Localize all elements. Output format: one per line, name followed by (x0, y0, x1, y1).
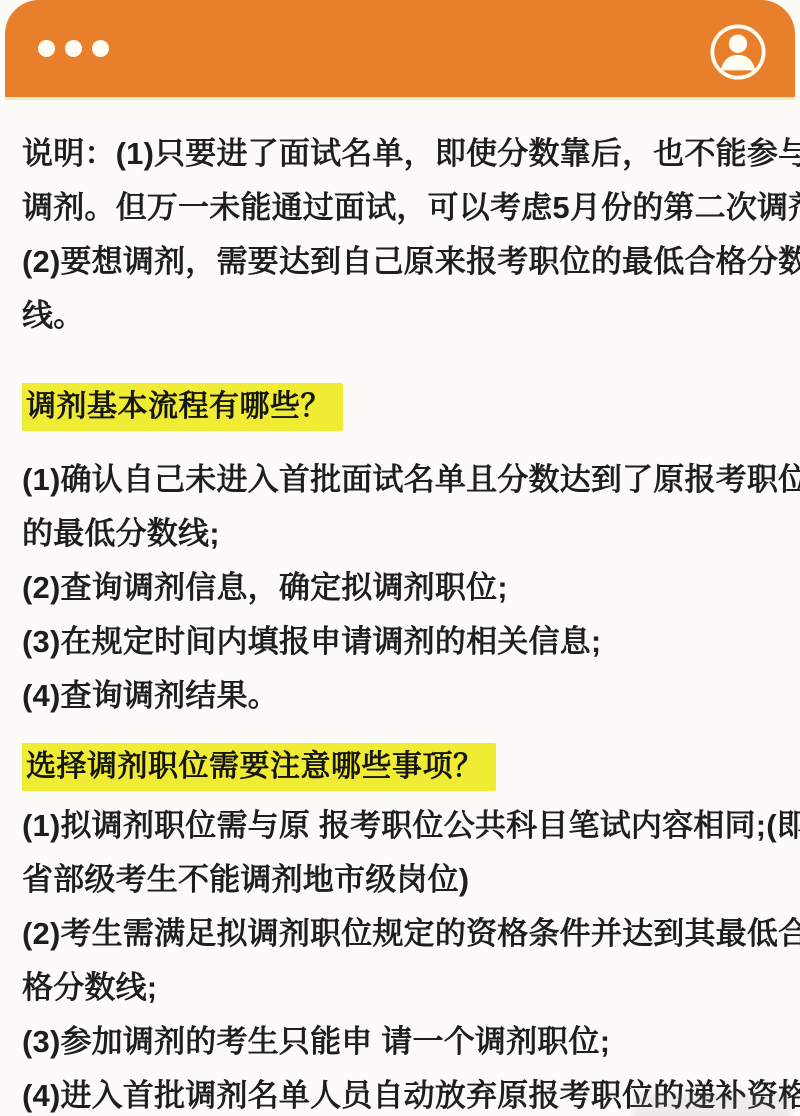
article-content: 说明：(1)只要进了面试名单，即使分数靠后，也不能参与 调剂。但万一未能通过面试… (0, 97, 800, 1116)
section-heading-notes: 选择调剂职位需要注意哪些事项？ (22, 743, 778, 791)
list-item-line: (2)考生需满足拟调剂职位规定的资格条件并达到其最低合 (22, 907, 778, 961)
menu-dots-button[interactable] (38, 40, 109, 57)
text-line: 调剂。但万一未能通过面试，可以考虑5月份的第二次调剂。 (22, 181, 778, 235)
text-line: 说明：(1)只要进了面试名单，即使分数靠后，也不能参与 (22, 127, 778, 181)
intro-paragraph: 说明：(1)只要进了面试名单，即使分数靠后，也不能参与 调剂。但万一未能通过面试… (22, 127, 778, 343)
avatar-button[interactable] (709, 23, 767, 81)
user-avatar-icon (709, 23, 767, 81)
app-header (5, 0, 795, 97)
list-item-line: (3)在规定时间内填报申请调剂的相关信息; (22, 615, 778, 669)
dot-icon (65, 40, 82, 57)
list-item-line: 格分数线; (22, 961, 778, 1015)
list-item-line: 省部级考生不能调剂地市级岗位) (22, 853, 778, 907)
dot-icon (92, 40, 109, 57)
list-item-line: (3)参加调剂的考生只能申 请一个调剂职位; (22, 1015, 778, 1069)
post-card: 说明：(1)只要进了面试名单，即使分数靠后，也不能参与 调剂。但万一未能通过面试… (0, 0, 800, 1116)
list-item-line: 的最低分数线; (22, 507, 778, 561)
section-heading-process: 调剂基本流程有哪些？ (22, 383, 778, 431)
notes-list: (1)拟调剂职位需与原 报考职位公共科目笔试内容相同;(即 省部级考生不能调剂地… (22, 799, 778, 1116)
watermark-remnant (632, 1094, 792, 1116)
process-list: (1)确认自己未进入首批面试名单且分数达到了原报考职位 的最低分数线; (2)查… (22, 453, 778, 723)
list-item-line: (1)确认自己未进入首批面试名单且分数达到了原报考职位 (22, 453, 778, 507)
highlighted-heading-text: 调剂基本流程有哪些？ (22, 383, 343, 431)
highlighted-heading-text: 选择调剂职位需要注意哪些事项？ (22, 743, 496, 791)
list-item-line: (1)拟调剂职位需与原 报考职位公共科目笔试内容相同;(即 (22, 799, 778, 853)
dot-icon (38, 40, 55, 57)
list-item-line: (2)查询调剂信息，确定拟调剂职位; (22, 561, 778, 615)
text-line: (2)要想调剂，需要达到自己原来报考职位的最低合格分数 (22, 235, 778, 289)
text-line: 线。 (22, 289, 778, 343)
list-item-line: (4)查询调剂结果。 (22, 669, 778, 723)
